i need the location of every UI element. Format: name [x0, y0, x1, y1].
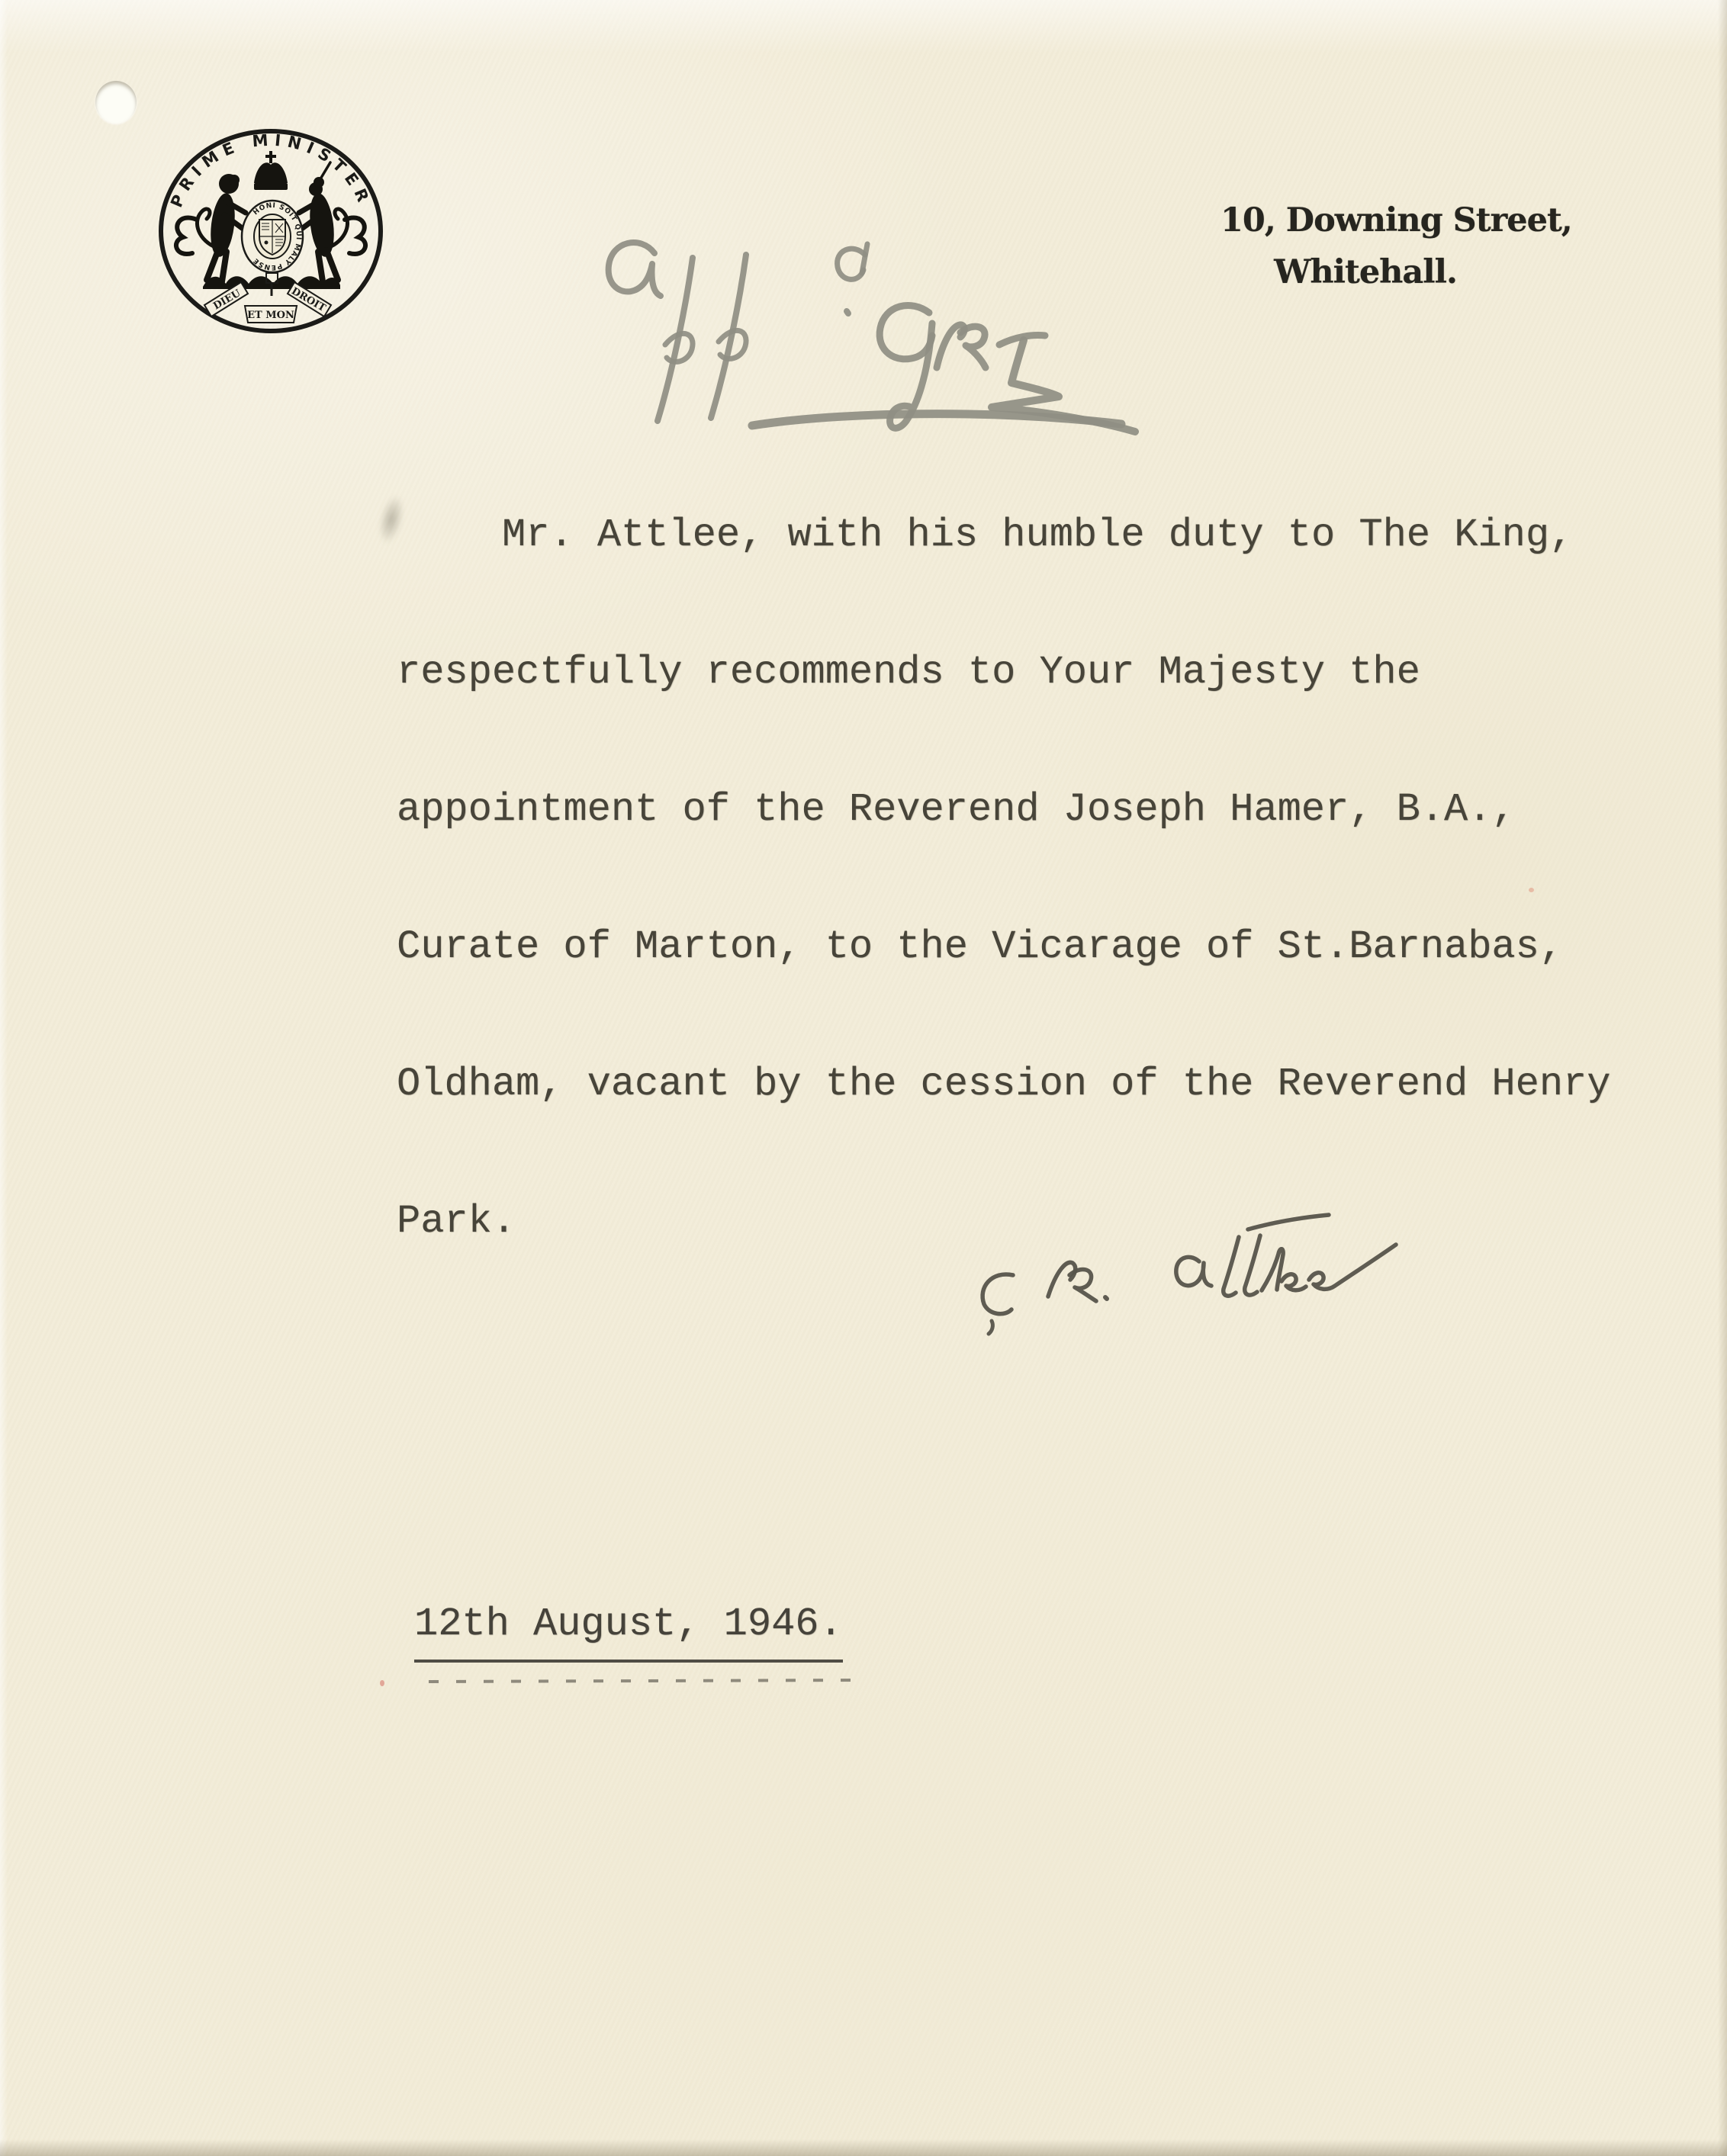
hole-punch [95, 81, 137, 124]
prime-minister-crest: PRIME MINISTER [153, 122, 389, 340]
body-line: respectfully recommends to Your Majesty … [397, 604, 1655, 741]
letterhead-street: 10, Downing Street, [1220, 194, 1510, 246]
paper-edge-right [1718, 0, 1727, 2156]
lion-supporter [197, 174, 246, 281]
paper-edge-left [0, 0, 8, 2156]
body-line: appointment of the Reverend Joseph Hamer… [397, 741, 1655, 879]
lion-tail-flourish [176, 217, 197, 254]
body-line: Oldham, vacant by the cession of the Rev… [397, 1016, 1655, 1153]
date-dashed-underline [429, 1679, 860, 1683]
body-line: Mr. Attlee, with his humble duty to The … [397, 467, 1655, 604]
royal-shield [259, 220, 285, 255]
motto-center-text: ET MON [247, 310, 294, 321]
paper-edge-top [0, 0, 1727, 53]
paper-edge-bottom [0, 2139, 1727, 2156]
unicorn-supporter [299, 162, 348, 281]
letterhead-city: Whitehall. [1220, 246, 1510, 298]
paper-speck [380, 1680, 384, 1686]
paper-speck [1529, 888, 1534, 892]
letter-body: Mr. Attlee, with his humble duty to The … [397, 467, 1655, 1290]
crown-icon [254, 151, 288, 190]
letter-date: 12th August, 1946. [414, 1602, 843, 1663]
body-line: Curate of Marton, to the Vicarage of St.… [397, 879, 1655, 1016]
letter-page: PRIME MINISTER [0, 0, 1727, 2156]
attlee-signature: C.R. Attlee [946, 1190, 1465, 1342]
letterhead-address: 10, Downing Street, Whitehall. [1220, 194, 1510, 298]
royal-approval-annotation: Appd GRI [564, 221, 1159, 458]
